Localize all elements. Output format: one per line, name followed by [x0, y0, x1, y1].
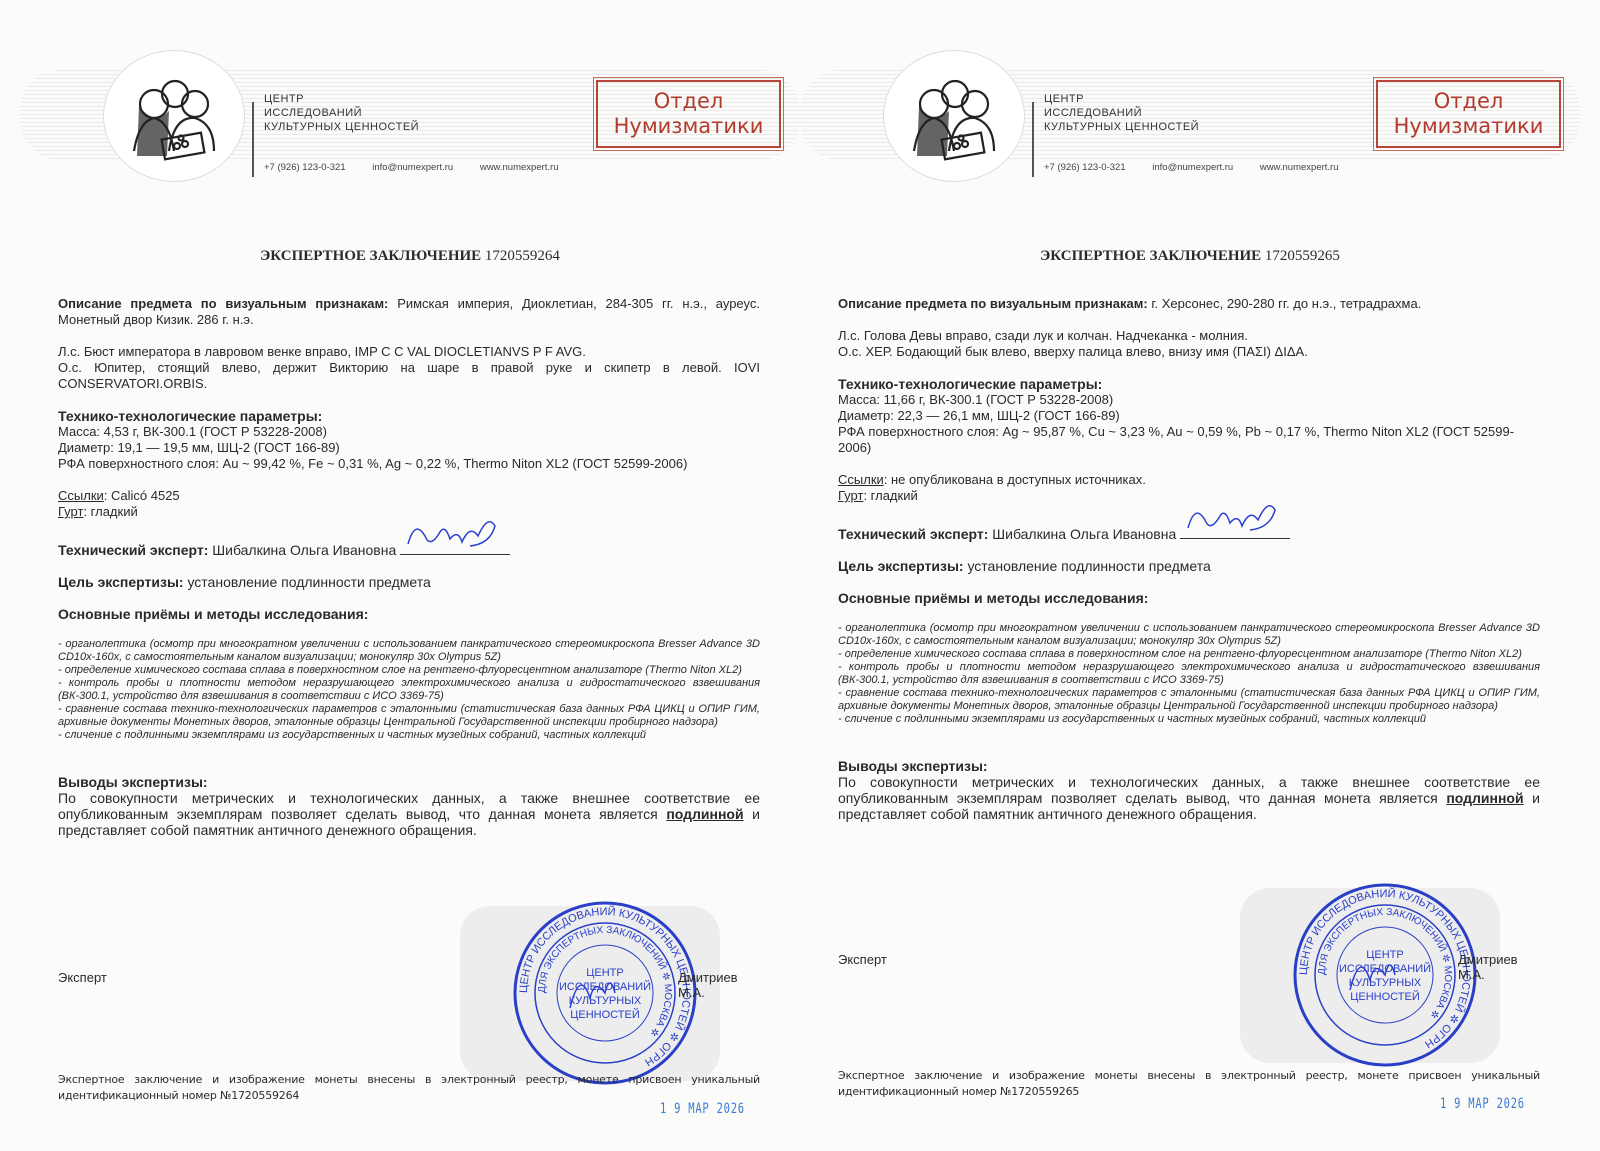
conclusion: По совокупности метрических и технологич… [58, 790, 760, 838]
method-item: - сравнение состава технико-технологичес… [58, 703, 760, 729]
conclusion: По совокупности метрических и технологич… [838, 774, 1540, 822]
method-item: - определение химического состава сплава… [58, 664, 760, 677]
method-item: - сличение с подлинными экземплярами из … [58, 729, 760, 742]
round-seal-icon: ЦЕНТР ИССЛЕДОВАНИЙ КУЛЬТУРНЫХ ЦЕННОСТЕЙ … [1290, 880, 1480, 1070]
method-item: - органолептика (осмотр при многократном… [58, 638, 760, 664]
method-item: - сличение с подлинными экземплярами из … [838, 713, 1540, 726]
expert-name: Дмитриев М.А. [1458, 952, 1540, 982]
document-number: 1720559264 [485, 248, 560, 264]
date-stamp: 1 9 МАР 2026 [660, 1101, 745, 1117]
purpose: Цель экспертизы: установление подлинност… [838, 558, 1540, 574]
references: Ссылки: Calicó 4525 [58, 488, 760, 504]
svg-text:ЦЕНТР: ЦЕНТР [586, 967, 623, 979]
mass: Масса: 11,66 г, ВК-300.1 (ГОСТ Р 53228-2… [838, 392, 1540, 408]
letterhead: ЦЕНТР ИССЛЕДОВАНИЙ КУЛЬТУРНЫХ ЦЕННОСТЕЙ … [800, 40, 1580, 200]
document-body: Описание предмета по визуальным признака… [58, 296, 760, 838]
method-item: - определение химического состава сплава… [838, 648, 1540, 661]
method-item: - контроль пробы и плотности методом нер… [838, 661, 1540, 687]
diameter: Диаметр: 22,3 — 26,1 мм, ШЦ-2 (ГОСТ 166-… [838, 408, 1540, 424]
round-seal-icon: ЦЕНТР ИССЛЕДОВАНИЙ КУЛЬТУРНЫХ ЦЕННОСТЕЙ … [510, 898, 700, 1088]
svg-text:ЦЕННОСТЕЙ: ЦЕННОСТЕЙ [1350, 990, 1419, 1003]
org-name: ЦЕНТР ИССЛЕДОВАНИЙ КУЛЬТУРНЫХ ЦЕННОСТЕЙ [264, 92, 419, 134]
xrf-analysis: РФА поверхностного слоя: Ag ~ 95,87 %, C… [838, 424, 1540, 456]
contacts: +7 (926) 123-0-321 info@numexpert.ru www… [264, 162, 573, 173]
signature-icon [400, 514, 510, 554]
document-number: 1720559265 [1265, 248, 1340, 264]
registry-note: Экспертное заключение и изображение моне… [838, 1068, 1540, 1100]
divider [1032, 102, 1034, 177]
department-badge: Отдел Нумизматики [1376, 80, 1561, 148]
obverse-description: Л.с. Бюст императора в лавровом венке вп… [58, 344, 760, 360]
method-item: - контроль пробы и плотности методом нер… [58, 677, 760, 703]
email-link[interactable]: info@numexpert.ru [1152, 162, 1233, 173]
signature-line [1180, 524, 1290, 539]
method-item: - органолептика (осмотр при многократном… [838, 622, 1540, 648]
date-stamp: 1 9 МАР 2026 [1440, 1096, 1525, 1112]
logo-engravers-icon [103, 50, 245, 182]
references: Ссылки: не опубликована в доступных исто… [838, 472, 1540, 488]
svg-text:КУЛЬТУРНЫХ: КУЛЬТУРНЫХ [1349, 977, 1422, 989]
website-link[interactable]: www.numexpert.ru [1260, 162, 1339, 173]
letterhead: ЦЕНТР ИССЛЕДОВАНИЙ КУЛЬТУРНЫХ ЦЕННОСТЕЙ … [20, 40, 800, 200]
expert-label: Эксперт [58, 970, 107, 985]
svg-text:ЦЕННОСТЕЙ: ЦЕННОСТЕЙ [570, 1008, 639, 1021]
contacts: +7 (926) 123-0-321 info@numexpert.ru www… [1044, 162, 1353, 173]
diameter: Диаметр: 19,1 — 19,5 мм, ШЦ-2 (ГОСТ 166-… [58, 440, 760, 456]
document-title: ЭКСПЕРТНОЕ ЗАКЛЮЧЕНИЕ 1720559265 [800, 248, 1580, 265]
divider [252, 102, 254, 177]
registry-note: Экспертное заключение и изображение моне… [58, 1072, 760, 1104]
expert-label: Эксперт [838, 952, 887, 967]
website-link[interactable]: www.numexpert.ru [480, 162, 559, 173]
method-item: - сравнение состава технико-технологичес… [838, 687, 1540, 713]
document-body: Описание предмета по визуальным признака… [838, 296, 1540, 822]
methods-list: - органолептика (осмотр при многократном… [58, 638, 760, 742]
phone: +7 (926) 123-0-321 [264, 162, 346, 173]
document-title: ЭКСПЕРТНОЕ ЗАКЛЮЧЕНИЕ 1720559264 [20, 248, 800, 265]
email-link[interactable]: info@numexpert.ru [372, 162, 453, 173]
technical-expert: Технический эксперт: Шибалкина Ольга Ива… [58, 540, 760, 558]
certificate-page-1: ЦЕНТР ИССЛЕДОВАНИЙ КУЛЬТУРНЫХ ЦЕННОСТЕЙ … [20, 0, 800, 1151]
svg-text:КУЛЬТУРНЫХ: КУЛЬТУРНЫХ [569, 995, 642, 1007]
department-badge: Отдел Нумизматики [596, 80, 781, 148]
expert-name: Дмитриев М.А. [678, 970, 760, 1000]
mass: Масса: 4,53 г, ВК-300.1 (ГОСТ Р 53228-20… [58, 424, 760, 440]
svg-text:ЦЕНТР: ЦЕНТР [1366, 949, 1403, 961]
logo-engravers-icon [883, 50, 1025, 182]
methods-list: - органолептика (осмотр при многократном… [838, 622, 1540, 726]
reverse-description: О.с. Юпитер, стоящий влево, держит Викто… [58, 360, 760, 392]
certificate-page-2: ЦЕНТР ИССЛЕДОВАНИЙ КУЛЬТУРНЫХ ЦЕННОСТЕЙ … [800, 0, 1580, 1151]
org-name: ЦЕНТР ИССЛЕДОВАНИЙ КУЛЬТУРНЫХ ЦЕННОСТЕЙ [1044, 92, 1199, 134]
obverse-description: Л.с. Голова Девы вправо, сзади лук и кол… [838, 328, 1540, 344]
signature-line [400, 540, 510, 555]
purpose: Цель экспертизы: установление подлинност… [58, 574, 760, 590]
signature-icon [1180, 498, 1290, 538]
reverse-description: О.с. ХЕР. Бодающий бык влево, вверху пал… [838, 344, 1540, 360]
technical-expert: Технический эксперт: Шибалкина Ольга Ива… [838, 524, 1540, 542]
xrf-analysis: РФА поверхностного слоя: Au ~ 99,42 %, F… [58, 456, 760, 472]
phone: +7 (926) 123-0-321 [1044, 162, 1126, 173]
